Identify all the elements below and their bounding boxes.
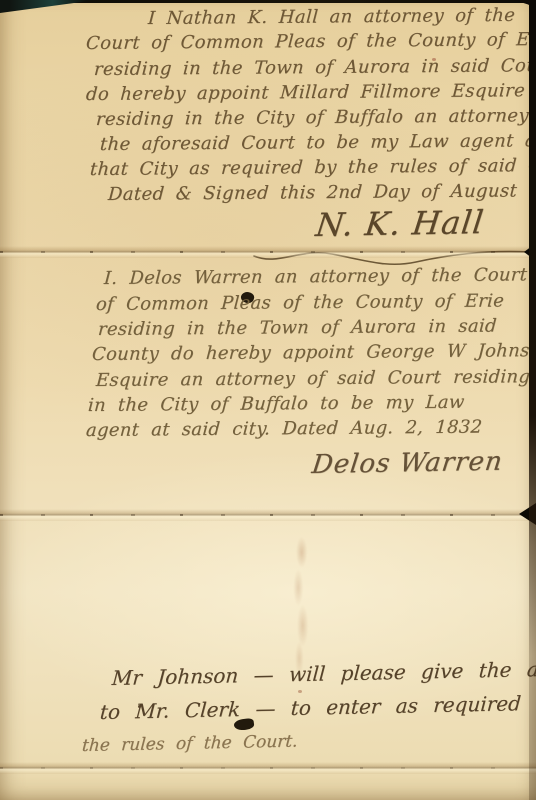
- paper-stain: [298, 690, 302, 693]
- manuscript-line: the aforesaid Court to be my Law agent a…: [99, 130, 536, 155]
- manuscript-line: residing in the Town of Aurora in said: [97, 316, 497, 340]
- manuscript-line: that City as required by the rules of sa…: [89, 155, 536, 180]
- manuscript-line: Esquire an attorney of said Court residi…: [95, 366, 531, 391]
- bleed-through-stain: [283, 536, 317, 672]
- manuscript-line: Mr Johnson — will please give the above: [111, 656, 536, 690]
- manuscript-line: do hereby appoint Millard Fillmore Esqui…: [85, 80, 525, 105]
- signature-n-k-hall: N. K. Hall: [314, 203, 487, 244]
- manuscript-line: Dated & Signed this 2nd Day of August 18…: [107, 180, 536, 205]
- manuscript-line: residing in the Town of Aurora in said C…: [93, 55, 536, 80]
- fold-crease: [0, 509, 536, 521]
- manuscript-line: I Nathan K. Hall an attorney of the: [147, 5, 516, 29]
- manuscript-line: I. Delos Warren an attorney of the Court: [103, 264, 528, 289]
- manuscript-line: of Common Pleas of the County of Erie: [95, 290, 504, 315]
- manuscript-paper: I Nathan K. Hall an attorney of the Cour…: [0, 0, 536, 800]
- manuscript-line: the rules of the Court.: [81, 731, 298, 756]
- manuscript-line: to Mr. Clerk — to enter as required by: [99, 690, 536, 724]
- manuscript-line: Court of Common Pleas of the County of E…: [85, 29, 536, 54]
- photo-background: I Nathan K. Hall an attorney of the Cour…: [0, 0, 536, 800]
- manuscript-line: residing in the City of Buffalo an attor…: [95, 105, 536, 130]
- manuscript-line: in the City of Buffalo to be my Law: [87, 392, 465, 416]
- manuscript-line: County do hereby appoint George W Johnso…: [91, 340, 536, 365]
- signature-delos-warren: Delos Warren: [310, 447, 504, 480]
- photo-edge-right: [529, 0, 536, 800]
- fold-crease: [0, 762, 536, 774]
- fold-crease: [0, 246, 536, 258]
- manuscript-line: agent at said city. Dated Aug. 2, 1832: [85, 417, 483, 441]
